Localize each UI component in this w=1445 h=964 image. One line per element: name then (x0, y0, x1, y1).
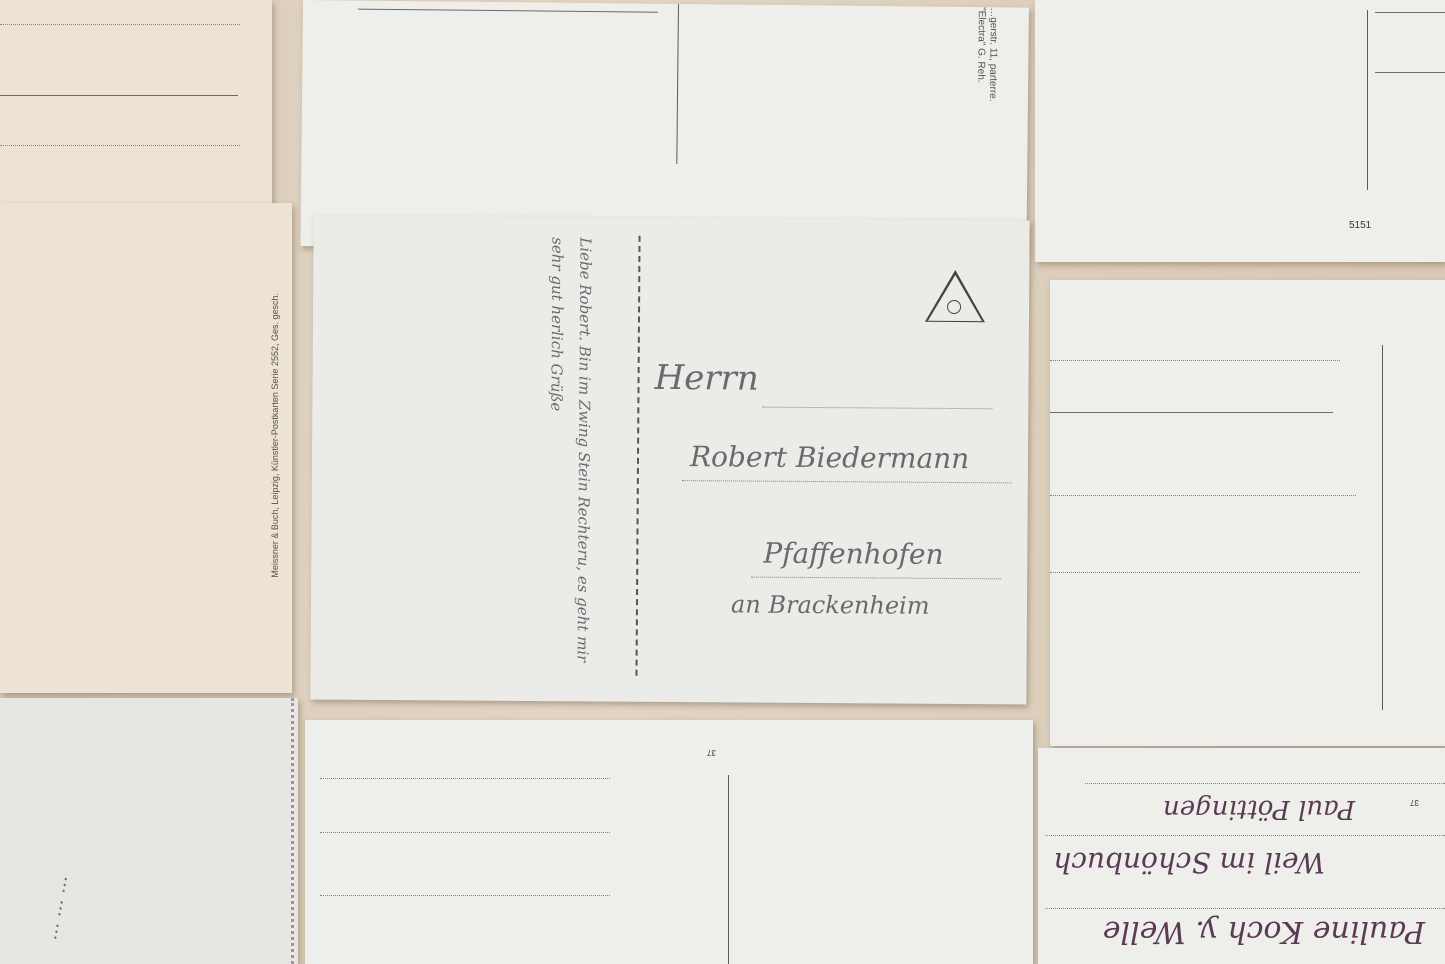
address-line (1050, 412, 1333, 413)
address-line (1045, 908, 1445, 909)
address-name: Robert Biedermann (690, 440, 969, 475)
publisher-text: Meissner & Buch, Leipzig, Künstler-Postk… (270, 293, 280, 578)
postcard-bottom-center: 37 (305, 720, 1033, 964)
divider-line (728, 775, 729, 964)
address-line (358, 9, 658, 13)
address-line (1050, 360, 1340, 361)
stamp-box-line (1375, 72, 1445, 73)
address-salutation: Herrn (654, 358, 758, 399)
divider-line (635, 236, 640, 676)
message-text: Liebe Robert. Bin im Zwing Stein Rechter… (547, 237, 594, 662)
address-line (320, 778, 610, 779)
address-line (0, 145, 240, 146)
stamp-box-line (1375, 12, 1445, 13)
handwriting-line-3: Pauline Koch y. Welle (1103, 914, 1425, 949)
publisher-line-1: "Electra" G. Reh. (975, 7, 987, 83)
postcard-center: Liebe Robert. Bin im Zwing Stein Rechter… (310, 216, 1029, 705)
nbc-triangle-inner (928, 275, 982, 321)
publisher-imprint-2: …gerstr. 11, parterre. (987, 7, 999, 101)
publisher-imprint: Meissner & Buch, Leipzig, Künstler-Postk… (270, 293, 280, 578)
address-line (1045, 835, 1445, 836)
publisher-line-2: …gerstr. 11, parterre. (987, 7, 999, 101)
handwriting-line-1: Paul Pöttingen (1163, 794, 1355, 824)
address-line (0, 24, 240, 25)
postcard-top-left (0, 0, 272, 205)
postcard-left-middle: Meissner & Buch, Leipzig, Künstler-Postk… (0, 203, 292, 693)
address-line (682, 480, 1012, 483)
address-line (751, 577, 1001, 580)
address-line (1085, 783, 1445, 784)
divider-line (1367, 10, 1368, 190)
address-line (762, 407, 992, 410)
printed-mark: 37 (707, 748, 716, 757)
upside-down-content: Pauline Koch y. Welle Weil im Schönbuch … (1038, 748, 1445, 964)
address-town: Pfaffenhofen (763, 537, 943, 571)
postcard-bottom-right: Pauline Koch y. Welle Weil im Schönbuch … (1038, 748, 1445, 964)
postcard-right-middle (1050, 280, 1445, 746)
address-line (1050, 572, 1360, 573)
vertical-message: Liebe Robert. Bin im Zwing Stein Rechter… (540, 237, 599, 677)
handwriting-block: … … … (40, 874, 72, 942)
publisher-imprint: "Electra" G. Reh. (975, 7, 987, 83)
divider-line (676, 4, 679, 164)
address-line (320, 895, 610, 896)
nbc-logo-circle (947, 300, 961, 314)
address-line (1050, 495, 1356, 496)
address-line (0, 95, 238, 96)
postcard-top-right: 5151 (1035, 0, 1445, 262)
address-district: an Brackenheim (731, 590, 930, 619)
serial-number: 5151 (1349, 220, 1371, 231)
perforated-edge (291, 698, 294, 964)
address-line (320, 832, 610, 833)
printed-mark: 37 (1410, 798, 1419, 807)
postcard-bottom-left: … … … (0, 698, 298, 964)
handwriting-line-2: Weil im Schönbuch (1053, 846, 1325, 879)
divider-line (1382, 345, 1383, 710)
